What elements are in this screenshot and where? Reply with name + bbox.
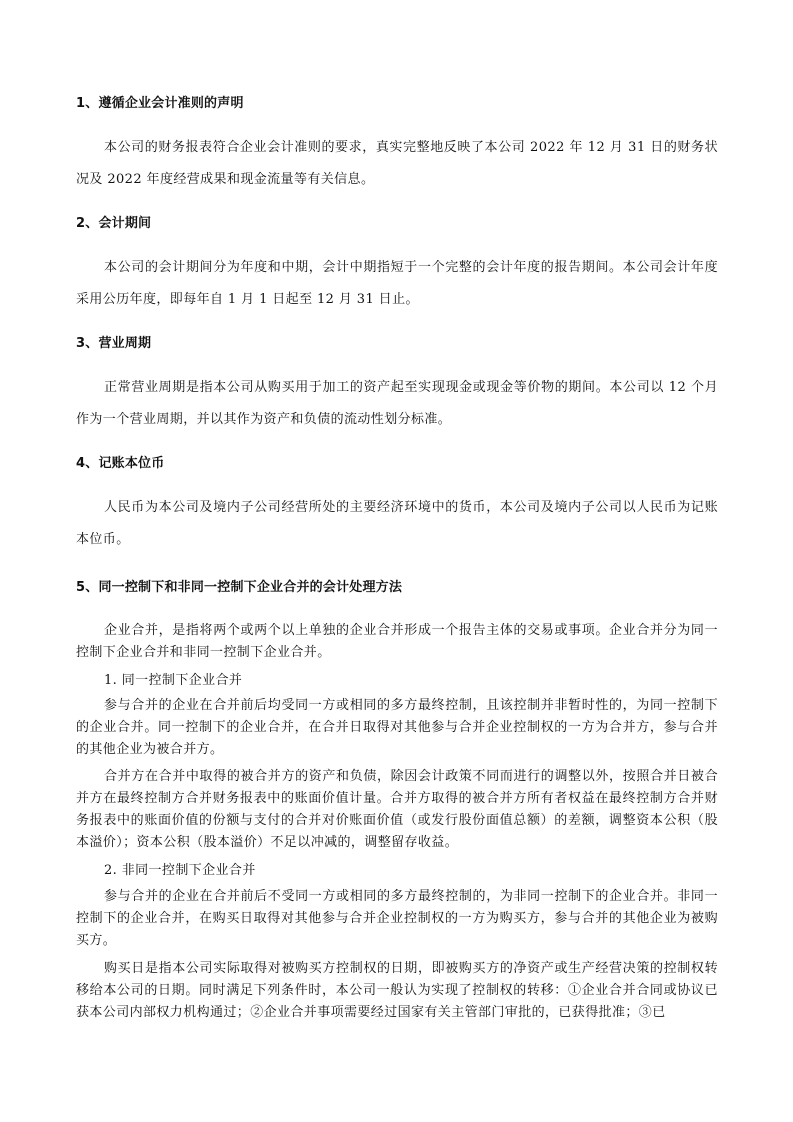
section-heading-5: 5、同一控制下和非同一控制下企业合并的会计处理方法 xyxy=(76,580,402,596)
section-heading-4: 4、记账本位币 xyxy=(76,456,164,472)
paragraph: 本公司的会计期间分为年度和中期，会计中期指短于一个完整的会计年度的报告期间。本公… xyxy=(76,252,718,316)
section-heading-1: 1、遵循企业会计准则的声明 xyxy=(76,96,244,112)
paragraph-intro: 企业合并，是指将两个或两个以上单独的企业合并形成一个报告主体的交易或事项。企业合… xyxy=(76,620,718,664)
paragraph: 购买日是指本公司实际取得对被购买方控制权的日期，即被购买方的净资产或生产经营决策… xyxy=(76,958,718,1024)
subsection-title-1: 1. 同一控制下企业合并 xyxy=(104,673,242,689)
paragraph: 正常营业周期是指本公司从购买用于加工的资产起至实现现金或现金等价物的期间。本公司… xyxy=(76,372,718,436)
paragraph: 合并方在合并中取得的被合并方的资产和负债，除因会计政策不同而进行的调整以外，按照… xyxy=(76,766,718,854)
paragraph: 参与合并的企业在合并前后不受同一方或相同的多方最终控制的，为非同一控制下的企业合… xyxy=(76,886,718,952)
paragraph: 本公司的财务报表符合企业会计准则的要求，真实完整地反映了本公司 2022 年 1… xyxy=(76,132,718,196)
section-heading-2: 2、会计期间 xyxy=(76,216,151,232)
paragraph: 人民币为本公司及境内子公司经营所处的主要经济环境中的货币，本公司及境内子公司以人… xyxy=(76,492,718,556)
subsection-title-2: 2. 非同一控制下企业合并 xyxy=(104,863,256,879)
paragraph: 参与合并的企业在合并前后均受同一方或相同的多方最终控制，且该控制并非暂时性的，为… xyxy=(76,695,718,761)
section-heading-3: 3、营业周期 xyxy=(76,336,151,352)
